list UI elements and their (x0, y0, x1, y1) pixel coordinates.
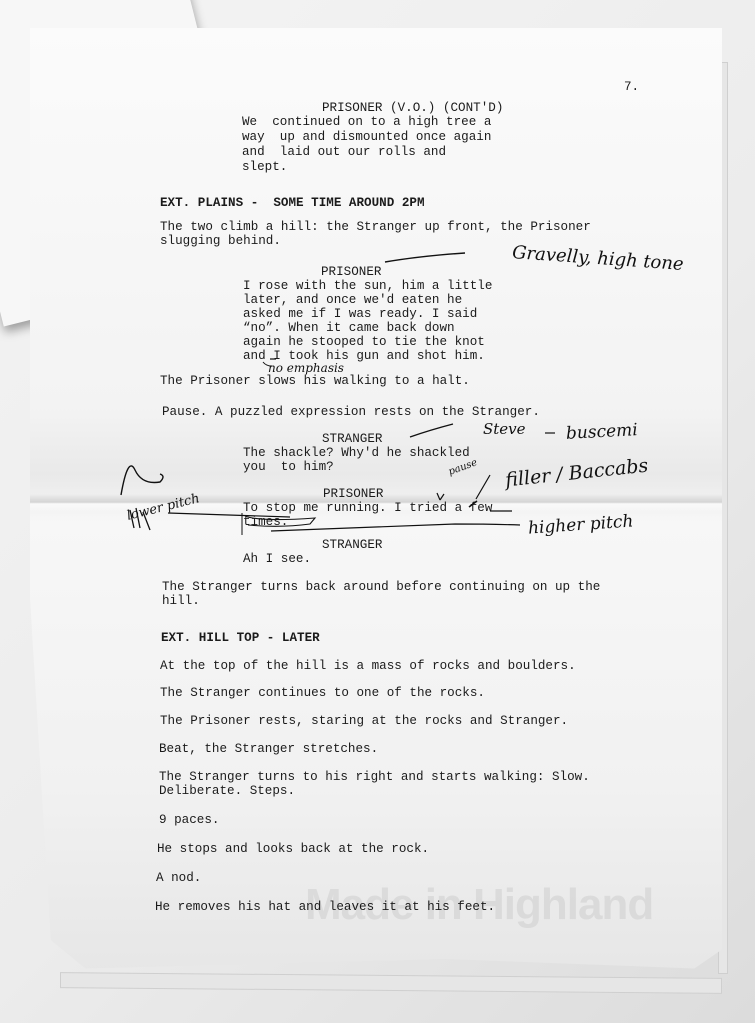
dialogue-line: “no”. When it came back down (243, 321, 455, 336)
character-cue: PRISONER (321, 265, 381, 280)
dialogue-line: later, and once we'd eaten he (243, 293, 462, 308)
dialogue-line: The shackle? Why'd he shackled (243, 446, 470, 461)
action-line: At the top of the hill is a mass of rock… (160, 659, 576, 674)
action-line: The two climb a hill: the Stranger up fr… (160, 220, 591, 235)
character-cue: STRANGER (322, 432, 382, 447)
action-line: He stops and looks back at the rock. (157, 842, 429, 857)
action-line: The Stranger continues to one of the roc… (160, 686, 485, 701)
dialogue-line: I rose with the sun, him a little (243, 279, 492, 294)
page-stack-bottom (60, 972, 722, 994)
action-line: 9 paces. (159, 813, 219, 828)
dialogue-line: To stop me running. I tried a few (243, 501, 492, 516)
dialogue-line: slept. (242, 160, 287, 175)
character-cue: PRISONER (323, 487, 383, 502)
page-number: 7. (624, 80, 639, 95)
dialogue-line: asked me if I was ready. I said (243, 307, 477, 322)
action-line: The Prisoner slows his walking to a halt… (160, 374, 470, 389)
action-line: The Prisoner rests, staring at the rocks… (160, 714, 568, 729)
action-line: Deliberate. Steps. (159, 784, 295, 799)
dialogue-line: times. (243, 515, 288, 530)
scene-heading: EXT. PLAINS - SOME TIME AROUND 2PM (160, 196, 425, 211)
character-cue: PRISONER (V.O.) (CONT'D) (322, 101, 503, 116)
dialogue-line: again he stooped to tie the knot (243, 335, 485, 350)
action-line: Pause. A puzzled expression rests on the… (162, 405, 540, 420)
dialogue-line: and laid out our rolls and (242, 145, 446, 160)
action-line: slugging behind. (160, 234, 281, 249)
annotation-steve: Steve (483, 420, 526, 438)
dialogue-line: you to him? (243, 460, 334, 475)
annotation-no-emphasis: no emphasis (268, 361, 344, 375)
dialogue-line: We continued on to a high tree a (242, 115, 491, 130)
dialogue-line: way up and dismounted once again (242, 130, 491, 145)
scene-heading: EXT. HILL TOP - LATER (161, 631, 320, 646)
dialogue-line: Ah I see. (243, 552, 311, 567)
action-line: He removes his hat and leaves it at his … (155, 900, 495, 915)
annotation-buscemi: buscemi (566, 420, 639, 444)
action-line: The Stranger turns to his right and star… (159, 770, 590, 785)
action-line: Beat, the Stranger stretches. (159, 742, 378, 757)
action-line: hill. (162, 594, 200, 609)
action-line: A nod. (156, 871, 201, 886)
character-cue: STRANGER (322, 538, 382, 553)
action-line: The Stranger turns back around before co… (162, 580, 600, 595)
